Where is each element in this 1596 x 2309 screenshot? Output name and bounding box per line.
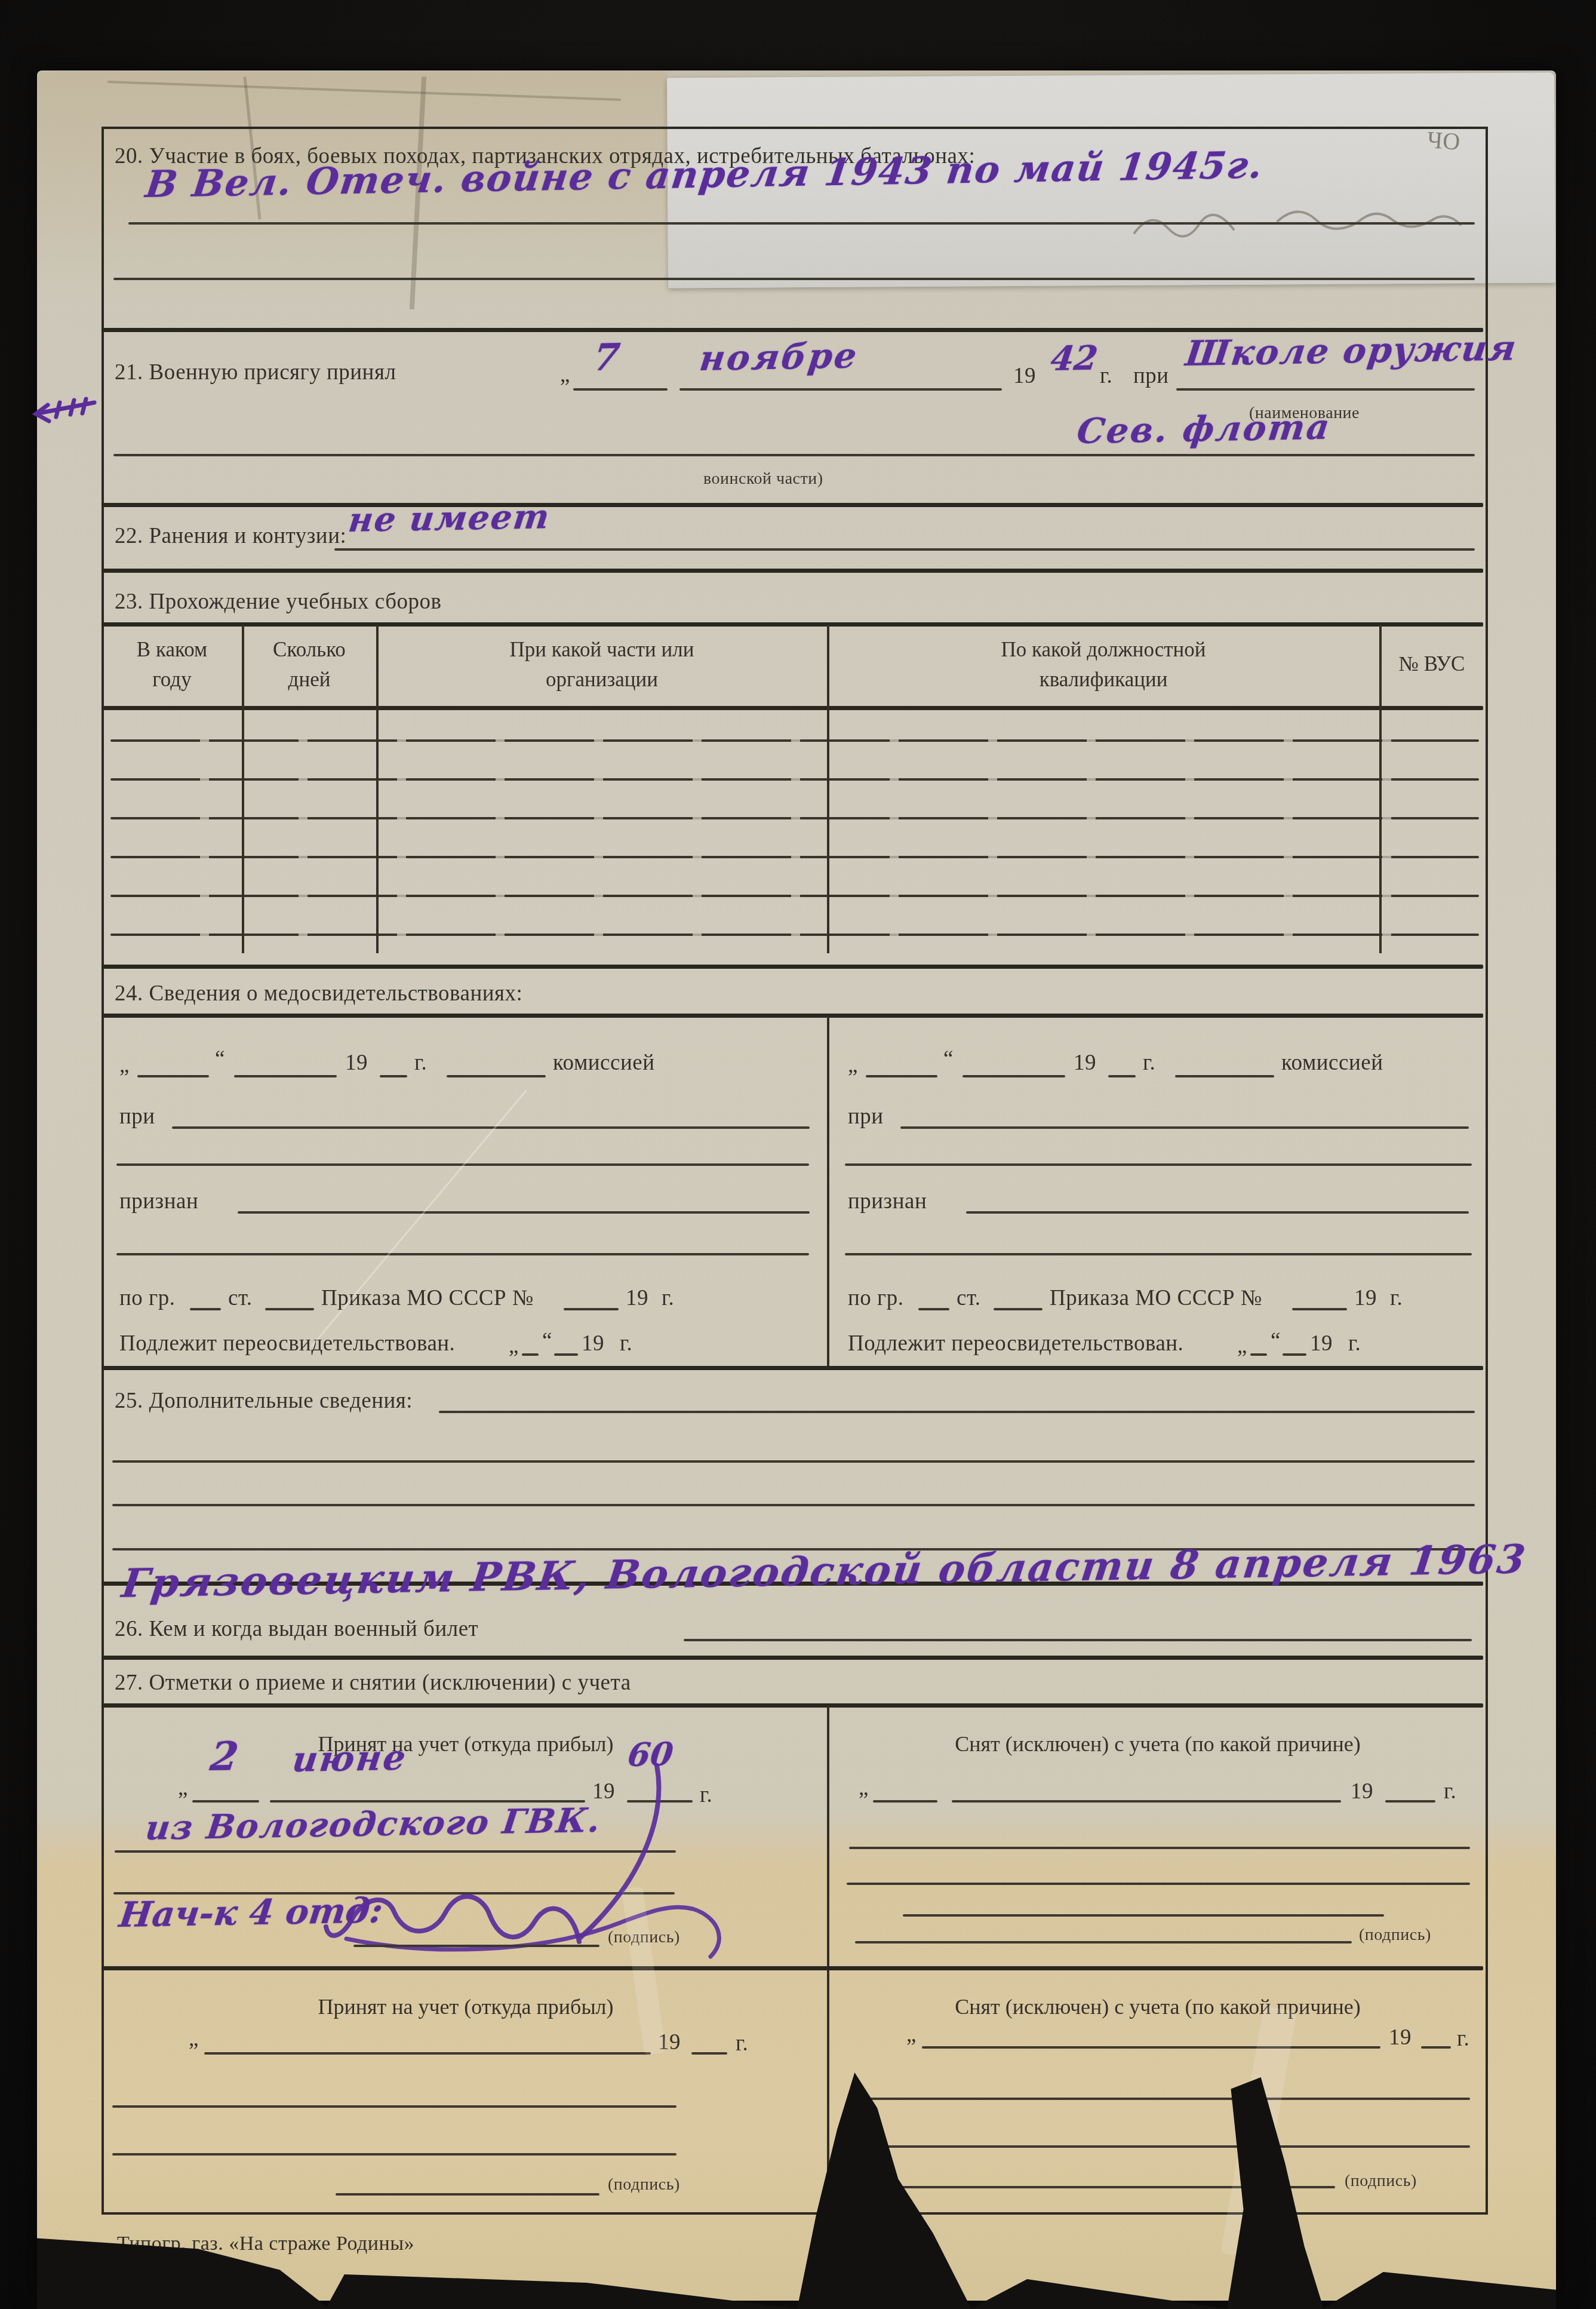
prinyat-header-row2: Принят на учет (откуда прибыл): [107, 1994, 824, 2020]
g-label: г.: [620, 1331, 632, 1356]
section-22-label: 22. Ранения и контузии:: [115, 523, 346, 549]
margin-arrow-mark: [24, 387, 102, 429]
podlezhit-label: Подлежит переосвидетельствован.: [119, 1331, 455, 1356]
ruled-line: [112, 1460, 1475, 1463]
open-quote: „: [906, 2022, 917, 2047]
snyat-header-row2: Снят (исключен) с учета (по какой причин…: [833, 1994, 1483, 2020]
ruled-line: [113, 454, 1475, 456]
signature-line: [336, 2193, 599, 2196]
table-header-col4-line2: квалификации: [829, 667, 1377, 693]
podpis-caption: (подпись): [1345, 2172, 1417, 2191]
signature-line: [353, 1945, 599, 1947]
ruled-line: [962, 1075, 1065, 1077]
ruled-line: [204, 2052, 651, 2055]
table-header-col2-line1: Сколько: [244, 637, 374, 663]
section-21-unit-handwriting-2: Сев. флота: [1075, 407, 1333, 452]
year-19-print: 19: [1351, 1779, 1373, 1804]
section-27-label: 27. Отметки о приеме и снятии (исключени…: [115, 1670, 631, 1696]
ruled-line: [334, 548, 1475, 551]
ruled-line: [684, 1639, 1472, 1641]
open-quote: „: [119, 1052, 130, 1078]
pri-label: при: [119, 1104, 155, 1129]
table-row-line: [110, 895, 1479, 897]
year-19-print: 19: [1074, 1050, 1096, 1076]
section-25-label: 25. Дополнительные сведения:: [115, 1388, 413, 1414]
section-divider-line: [102, 1014, 1483, 1018]
podpis-caption: (подпись): [1359, 1926, 1431, 1945]
snyat-header-row1: Снят (исключен) с учета (по какой причин…: [833, 1731, 1483, 1757]
ruled-line: [172, 1126, 810, 1129]
uchyot-columns-divider: [827, 1706, 829, 2210]
row1-day-handwriting: 2: [208, 1733, 241, 1780]
st-label: ст.: [957, 1285, 981, 1311]
year-19-print: 19: [1310, 1331, 1333, 1356]
ruled-line: [1385, 1800, 1435, 1803]
ruled-line: [952, 1800, 1341, 1803]
section-21-month-handwriting: ноябре: [697, 335, 860, 379]
komissiey-label: комиссией: [553, 1050, 654, 1076]
section-24-label: 24. Сведения о медосвидетельствованиях:: [115, 981, 522, 1006]
table-header-col1-line1: В каком: [104, 637, 239, 663]
komissiey-label: комиссией: [1281, 1050, 1383, 1076]
ruled-line: [112, 2153, 676, 2156]
g-label: г.: [1444, 1779, 1456, 1804]
g-label: г.: [1100, 363, 1112, 389]
ruled-line: [900, 1126, 1469, 1129]
ruled-line: [918, 1308, 949, 1310]
ruled-line: [1292, 1308, 1347, 1310]
table-row-line: [110, 856, 1479, 858]
st-label: ст.: [228, 1285, 253, 1311]
signature-line: [855, 1941, 1352, 1943]
open-quote: „: [509, 1333, 519, 1359]
document-photo: ЧО 20. Участие в боях, боевых походах, п…: [0, 0, 1596, 2309]
section-21-label: 21. Военную присягу принял: [115, 360, 396, 385]
po-gr-label: по гр.: [848, 1285, 903, 1311]
section-divider-line: [102, 569, 1483, 573]
section-22-entry-handwriting: не имеет: [346, 497, 552, 540]
ruled-line: [845, 1163, 1472, 1166]
open-quote: „: [1237, 1333, 1247, 1359]
ruled-line: [966, 1211, 1469, 1214]
section-23-label: 23. Прохождение учебных сборов: [115, 589, 442, 615]
close-quote: “: [215, 1046, 225, 1072]
year-19-print: 19: [582, 1331, 604, 1356]
section-21-unit-handwriting-1: Школе оружия: [1183, 327, 1520, 374]
g-label: г.: [662, 1285, 674, 1311]
pri-label: при: [848, 1104, 884, 1129]
open-quote: „: [560, 362, 570, 388]
table-header-col4-line1: По какой должностной: [829, 637, 1377, 663]
ruled-line: [1175, 1075, 1274, 1077]
ruled-line: [1421, 2046, 1451, 2049]
pri-label: при: [1133, 363, 1169, 389]
section-21-day-handwriting: 7: [591, 335, 622, 379]
ruled-line: [866, 1075, 937, 1077]
po-gr-label: по гр.: [119, 1285, 175, 1311]
table-divider-line: [376, 625, 379, 953]
caption-voinskoy-chasti: воинской части): [703, 469, 823, 489]
ruled-line: [112, 2105, 676, 2108]
close-quote: “: [943, 1046, 954, 1072]
open-quote: „: [178, 1775, 188, 1801]
g-label: г.: [1143, 1050, 1155, 1076]
table-divider-line: [242, 625, 244, 953]
podpis-caption: (подпись): [608, 2175, 680, 2194]
year-19-print: 19: [345, 1050, 368, 1076]
row-divider-line: [102, 1966, 1483, 1970]
section-21-year-handwriting: 42: [1048, 339, 1100, 379]
ruled-line: [447, 1075, 546, 1077]
g-label: г.: [1390, 1285, 1403, 1311]
open-quote: „: [859, 1775, 869, 1801]
table-header-underline: [102, 706, 1483, 710]
section-divider-line: [102, 1366, 1483, 1370]
g-label: г.: [414, 1050, 427, 1076]
ruled-line: [845, 1253, 1472, 1255]
podlezhit-label: Подлежит переосвидетельствован.: [848, 1331, 1183, 1356]
year-19-print: 19: [626, 1285, 648, 1311]
ruled-line: [849, 1847, 1470, 1849]
ruled-line: [848, 2098, 1470, 2100]
ruled-line: [873, 1800, 937, 1803]
table-header-col3-line2: организации: [379, 667, 825, 693]
table-row-line: [110, 778, 1479, 781]
ruled-line: [192, 1800, 259, 1803]
ruled-line: [116, 1253, 809, 1255]
ruled-line: [564, 1308, 619, 1310]
ruled-line: [128, 222, 1475, 225]
ruled-line: [439, 1411, 1475, 1413]
ruled-line: [234, 1075, 337, 1077]
ruled-line: [691, 2052, 727, 2055]
open-quote: „: [189, 2026, 199, 2052]
section-divider-line: [102, 1703, 1483, 1708]
ruled-line: [573, 388, 668, 391]
signature: [322, 1760, 788, 1963]
ruled-line: [380, 1075, 407, 1077]
table-bottom-border: [102, 965, 1483, 969]
close-quote: “: [1271, 1328, 1281, 1354]
section-divider-line: [102, 503, 1483, 507]
open-quote: „: [848, 1052, 858, 1078]
ruled-line: [238, 1211, 810, 1214]
table-header-col5: № ВУС: [1382, 651, 1482, 677]
table-header-col3-line1: При какой части или: [379, 637, 825, 663]
prikaz-label: Приказа МО СССР №: [1050, 1285, 1262, 1311]
table-row-line: [110, 817, 1479, 819]
section-26-label: 26. Кем и когда выдан военный билет: [115, 1616, 478, 1642]
ruled-line: [903, 1914, 1384, 1917]
ruled-line: [554, 1353, 578, 1356]
priznan-label: признан: [848, 1189, 927, 1214]
ruled-line: [190, 1308, 221, 1310]
ruled-line: [112, 1504, 1475, 1506]
year-19-print: 19: [1389, 2025, 1412, 2050]
ruled-line: [1283, 1353, 1306, 1356]
section-divider-line: [102, 1656, 1483, 1660]
ruled-line: [113, 278, 1475, 280]
table-row-line: [110, 934, 1479, 936]
ruled-line: [522, 1353, 539, 1356]
g-label: г.: [736, 2031, 748, 2056]
med-columns-divider: [827, 1016, 829, 1366]
ruled-line: [679, 388, 1002, 391]
ruled-line: [1108, 1075, 1136, 1077]
year-19-print: 19: [1354, 1285, 1377, 1311]
year-19-print: 19: [1013, 363, 1036, 389]
ruled-line: [265, 1308, 314, 1310]
table-header-col2-line2: дней: [244, 667, 374, 693]
ruled-line: [1176, 388, 1475, 391]
table-top-border: [102, 622, 1483, 627]
ruled-line: [847, 1883, 1470, 1885]
table-row-line: [110, 739, 1479, 742]
ruled-line: [1250, 1353, 1267, 1356]
table-divider-line: [827, 625, 829, 953]
table-divider-line: [1379, 625, 1382, 953]
ruled-line: [994, 1308, 1043, 1310]
ruled-line: [137, 1075, 209, 1077]
ruled-line: [922, 2046, 1380, 2049]
g-label: г.: [1348, 1331, 1361, 1356]
close-quote: “: [542, 1328, 552, 1354]
ruled-line: [854, 2145, 1470, 2148]
table-header-col1-line2: году: [104, 667, 239, 693]
g-label: г.: [1457, 2026, 1469, 2052]
priznan-label: признан: [119, 1189, 198, 1214]
